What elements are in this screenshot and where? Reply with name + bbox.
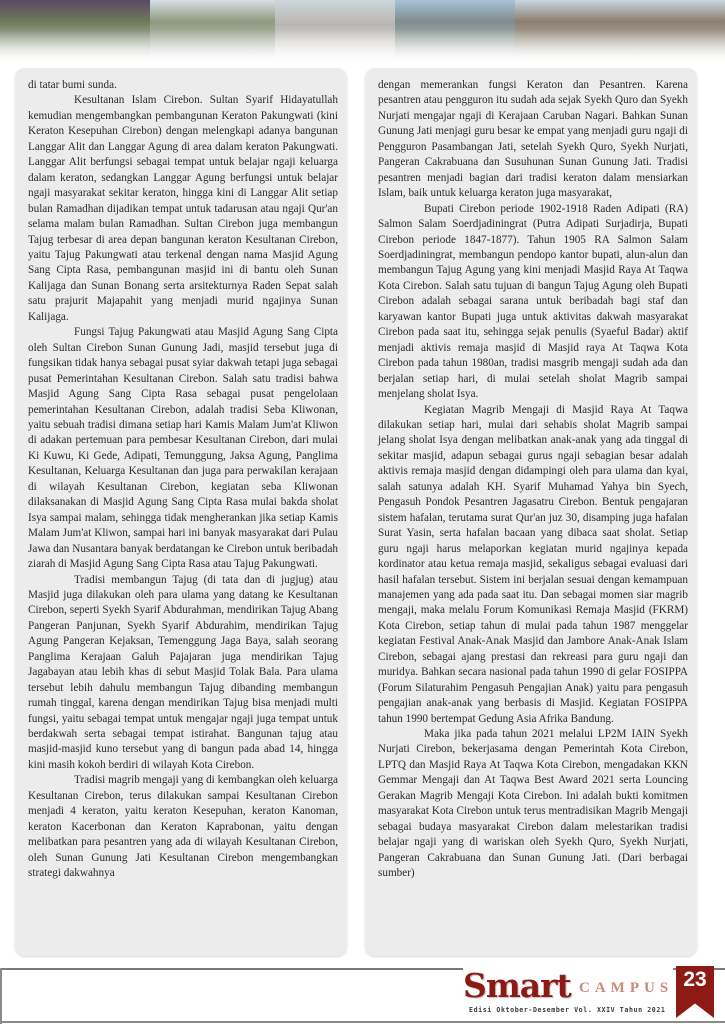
article-paragraph: Kesultanan Islam Cirebon. Sultan Syarif … [28,93,338,325]
article-column-right: dengan memerankan fungsi Keraton dan Pes… [365,68,697,956]
article-paragraph: Kegiatan Magrib Mengaji di Masjid Raya A… [378,403,688,728]
footer-frame-bottom [0,1021,725,1023]
article-paragraph: dengan memerankan fungsi Keraton dan Pes… [378,78,688,202]
article-paragraph: Bupati Cirebon periode 1902-1918 Raden A… [378,202,688,403]
logo-campus-text: CAMPUS [579,980,673,997]
page-number-bookmark-icon: 23 [676,966,714,1018]
article-paragraph: Fungsi Tajug Pakungwati atau Masjid Agun… [28,325,338,572]
article-paragraph: Maka jika pada tahun 2021 melalui LP2M I… [378,727,688,882]
smart-campus-logo: Smart CAMPUS Edisi Oktober-Desember Vol.… [463,968,673,1020]
header-photo-banner [0,0,725,62]
article-column-left: di tatar bumi sunda. Kesultanan Islam Ci… [15,68,347,956]
banner-fade-overlay [0,30,725,62]
article-paragraph: Tradisi membangun Tajug (di tata dan di … [28,573,338,774]
logo-smart-text: Smart [463,966,571,1005]
article-paragraph: Tradisi magrib mengaji yang di kembangka… [28,773,338,881]
edition-info: Edisi Oktober-Desember Vol. XXIV Tahun 2… [469,1006,666,1014]
footer-frame-left [0,968,2,1024]
page-number: 23 [676,968,714,992]
article-paragraph: di tatar bumi sunda. [28,78,338,93]
